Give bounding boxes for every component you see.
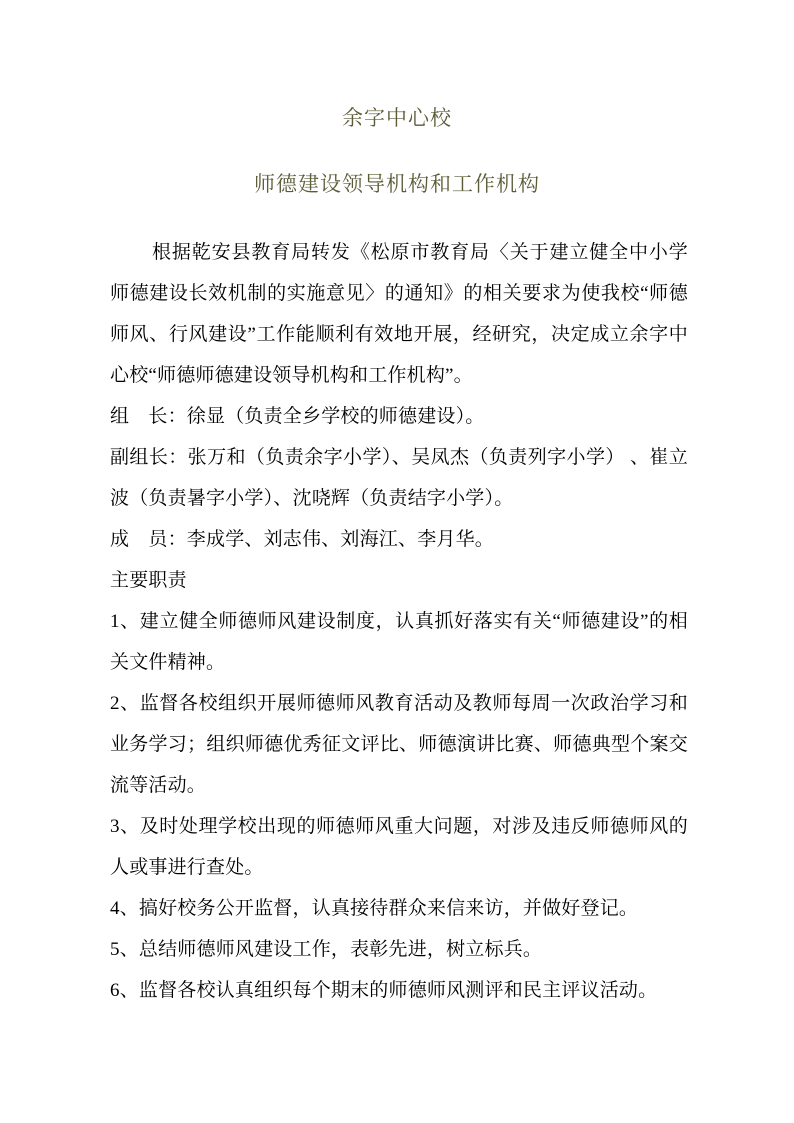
- duty-item-6: 6、监督各校认真组织每个期末的师德师风测评和民主评议活动。: [110, 970, 688, 1011]
- doc-body: 根据乾安县教育局转发《松原市教育局〈关于建立健全中小学师德建设长效机制的实施意见…: [110, 232, 688, 1011]
- duties-heading: 主要职责: [110, 560, 688, 601]
- deputy-leaders-line: 副组长：张万和（负责余字小学）、吴凤杰（负责列字小学） 、崔立波（负责暑字小学）…: [110, 437, 688, 519]
- duty-item-1: 1、建立健全师德师风建设制度，认真抓好落实有关“师德建设”的相关文件精神。: [110, 601, 688, 683]
- duty-item-2: 2、监督各校组织开展师德师风教育活动及教师每周一次政治学习和业务学习；组织师德优…: [110, 683, 688, 806]
- document-page: 余字中心校 师德建设领导机构和工作机构 根据乾安县教育局转发《松原市教育局〈关于…: [0, 0, 794, 1123]
- duty-item-4: 4、搞好校务公开监督，认真接待群众来信来访，并做好登记。: [110, 888, 688, 929]
- duty-item-3: 3、及时处理学校出现的师德师风重大问题，对涉及违反师德师风的人或事进行查处。: [110, 806, 688, 888]
- duty-item-5: 5、总结师德师风建设工作，表彰先进，树立标兵。: [110, 929, 688, 970]
- doc-subtitle: 师德建设领导机构和工作机构: [0, 171, 794, 197]
- intro-paragraph: 根据乾安县教育局转发《松原市教育局〈关于建立健全中小学师德建设长效机制的实施意见…: [110, 232, 688, 396]
- members-line: 成 员：李成学、刘志伟、刘海江、李月华。: [110, 519, 688, 560]
- doc-title: 余字中心校: [0, 105, 794, 131]
- leader-line: 组 长：徐显（负责全乡学校的师德建设）。: [110, 396, 688, 437]
